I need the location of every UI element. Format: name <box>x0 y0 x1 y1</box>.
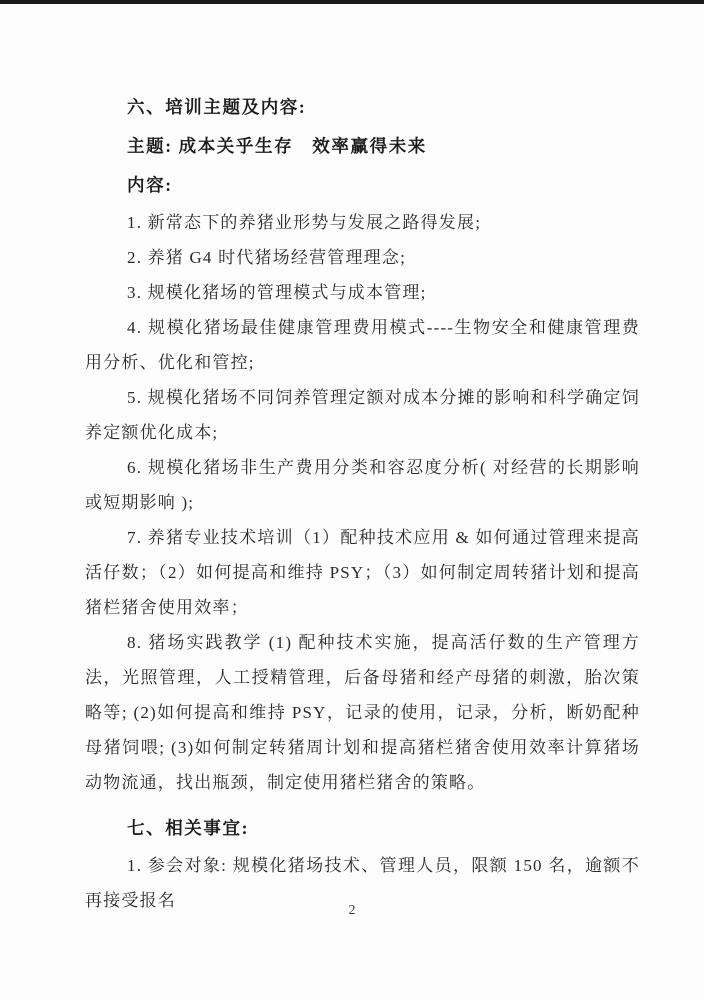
section-7-heading: 七、相关事宜: <box>85 811 640 846</box>
content-label: 内容: <box>85 168 640 203</box>
document-page: 六、培训主题及内容: 主题: 成本关乎生存 效率赢得未来 内容: 1. 新常态下… <box>0 0 704 1000</box>
page-number: 2 <box>0 903 704 919</box>
content-item-8: 8. 猪场实践教学 (1) 配种技术实施，提高活仔数的生产管理方法，光照管理，人… <box>85 625 640 800</box>
content-item-5: 5. 规模化猪场不同饲养管理定额对成本分摊的影响和科学确定饲养定额优化成本; <box>85 380 640 450</box>
content-item-4: 4. 规模化猪场最佳健康管理费用模式----生物安全和健康管理费用分析、优化和管… <box>85 310 640 380</box>
topic-line: 主题: 成本关乎生存 效率赢得未来 <box>85 129 640 164</box>
section-6-heading: 六、培训主题及内容: <box>85 90 640 125</box>
content-item-1: 1. 新常态下的养猪业形势与发展之路得发展; <box>85 205 640 240</box>
content-item-2: 2. 养猪 G4 时代猪场经营管理理念; <box>85 240 640 275</box>
content-item-3: 3. 规模化猪场的管理模式与成本管理; <box>85 275 640 310</box>
content-item-7: 7. 养猪专业技术培训（1）配种技术应用 & 如何通过管理来提高活仔数；（2）如… <box>85 520 640 625</box>
content-item-6: 6. 规模化猪场非生产费用分类和容忍度分析( 对经营的长期影响或短期影响 ); <box>85 450 640 520</box>
scan-edge-bar <box>0 0 704 4</box>
document-body: 六、培训主题及内容: 主题: 成本关乎生存 效率赢得未来 内容: 1. 新常态下… <box>85 86 640 918</box>
